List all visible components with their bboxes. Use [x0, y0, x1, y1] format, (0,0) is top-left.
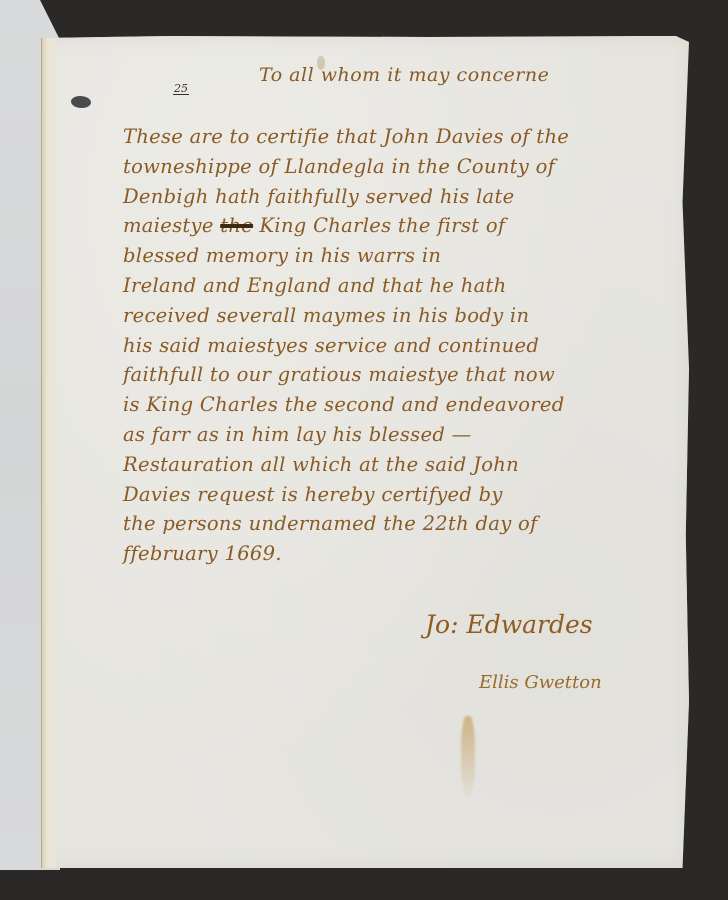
body-line: Restauration all which at the said John [123, 450, 683, 480]
body-line: Denbigh hath faithfully served his late [123, 182, 683, 212]
body-line-with-strikeout: maiestye the King Charles the first of [123, 211, 683, 241]
signature-ellis: Ellis Gwetton [479, 672, 602, 693]
manuscript-page: 25 To all whom it may concerne These are… [41, 36, 689, 868]
certificate-body: These are to certifie that John Davies o… [123, 122, 683, 569]
body-line: These are to certifie that John Davies o… [123, 122, 683, 152]
body-line: blessed memory in his warrs in [123, 241, 683, 271]
body-line: received severall maymes in his body in [123, 301, 683, 331]
body-text: King Charles the first of [260, 214, 506, 237]
struck-word: the [220, 214, 253, 237]
body-text: maiestye [123, 214, 214, 237]
stained-margin [41, 36, 56, 868]
ink-blot [71, 96, 91, 108]
body-line: as farr as in him lay his blessed — [123, 420, 683, 450]
body-line: is King Charles the second and endeavore… [123, 390, 683, 420]
salutation: To all whom it may concerne [259, 64, 549, 86]
ink-stain [461, 716, 475, 796]
body-line: Davies request is hereby certifyed by [123, 480, 683, 510]
folio-number: 25 [173, 83, 189, 95]
date-line: ffebruary 1669. [123, 539, 683, 569]
body-line: faithfull to our gratious maiestye that … [123, 360, 683, 390]
body-line: the persons undernamed the 22th day of [123, 509, 683, 539]
body-line: his said maiestyes service and continued [123, 331, 683, 361]
signature-edwardes: Jo: Edwardes [425, 610, 593, 639]
body-line: towneshippe of Llandegla in the County o… [123, 152, 683, 182]
body-line: Ireland and England and that he hath [123, 271, 683, 301]
